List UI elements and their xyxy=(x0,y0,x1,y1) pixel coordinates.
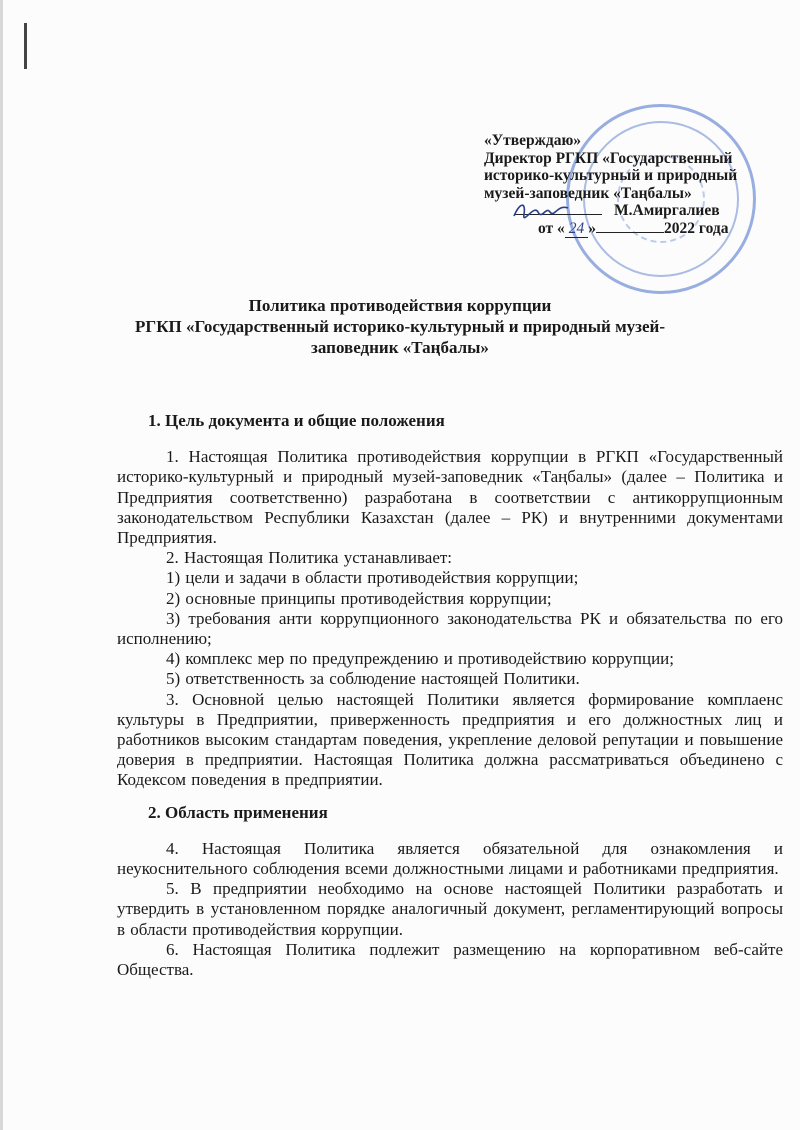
approval-date: от «24»2022 года xyxy=(484,220,784,239)
document-page: «Утверждаю» Директор РГКП «Государственн… xyxy=(0,0,800,1130)
paragraph: 3. Основной целью настоящей Политики явл… xyxy=(117,690,783,791)
paragraph: 4. Настоящая Политика является обязатель… xyxy=(117,839,783,879)
approval-line: «Утверждаю» xyxy=(484,132,784,150)
section-heading: 1. Цель документа и общие положения xyxy=(117,411,783,431)
paragraph: 6. Настоящая Политика подлежит размещени… xyxy=(117,940,783,980)
approval-block: «Утверждаю» Директор РГКП «Государственн… xyxy=(484,132,784,238)
date-prefix: от « xyxy=(538,220,565,237)
signature-icon xyxy=(512,200,572,220)
paragraph: 5. В предприятии необходимо на основе на… xyxy=(117,879,783,940)
scan-mark xyxy=(24,23,27,69)
paragraph: 1. Настоящая Политика противодействия ко… xyxy=(117,447,783,548)
date-year: 2022 года xyxy=(664,220,728,237)
date-day: 24 xyxy=(565,220,589,239)
title-line: РГКП «Государственный историко-культурны… xyxy=(120,316,680,337)
scan-edge xyxy=(0,0,3,1130)
list-item: 3) требования анти коррупционного законо… xyxy=(117,609,783,649)
paragraph: 2. Настоящая Политика устанавливает: xyxy=(117,548,783,568)
date-mid: » xyxy=(588,220,596,237)
approval-line: Директор РГКП «Государственный xyxy=(484,150,784,168)
list-item: 2) основные принципы противодействия кор… xyxy=(117,589,783,609)
title-line: Политика противодействия коррупции xyxy=(120,295,680,316)
list-item: 5) ответственность за соблюдение настоящ… xyxy=(117,669,783,689)
date-month xyxy=(596,232,664,233)
signer-name: М.Амиргалиев xyxy=(614,202,720,219)
list-item: 4) комплекс мер по предупреждению и прот… xyxy=(117,649,783,669)
document-body: 1. Цель документа и общие положения 1. Н… xyxy=(117,411,783,980)
title-line: заповедник «Таңбалы» xyxy=(120,337,680,358)
section-heading: 2. Область применения xyxy=(117,803,783,823)
document-title: Политика противодействия коррупции РГКП … xyxy=(120,295,680,358)
list-item: 1) цели и задачи в области противодейств… xyxy=(117,568,783,588)
approval-line: историко-культурный и природный xyxy=(484,167,784,185)
